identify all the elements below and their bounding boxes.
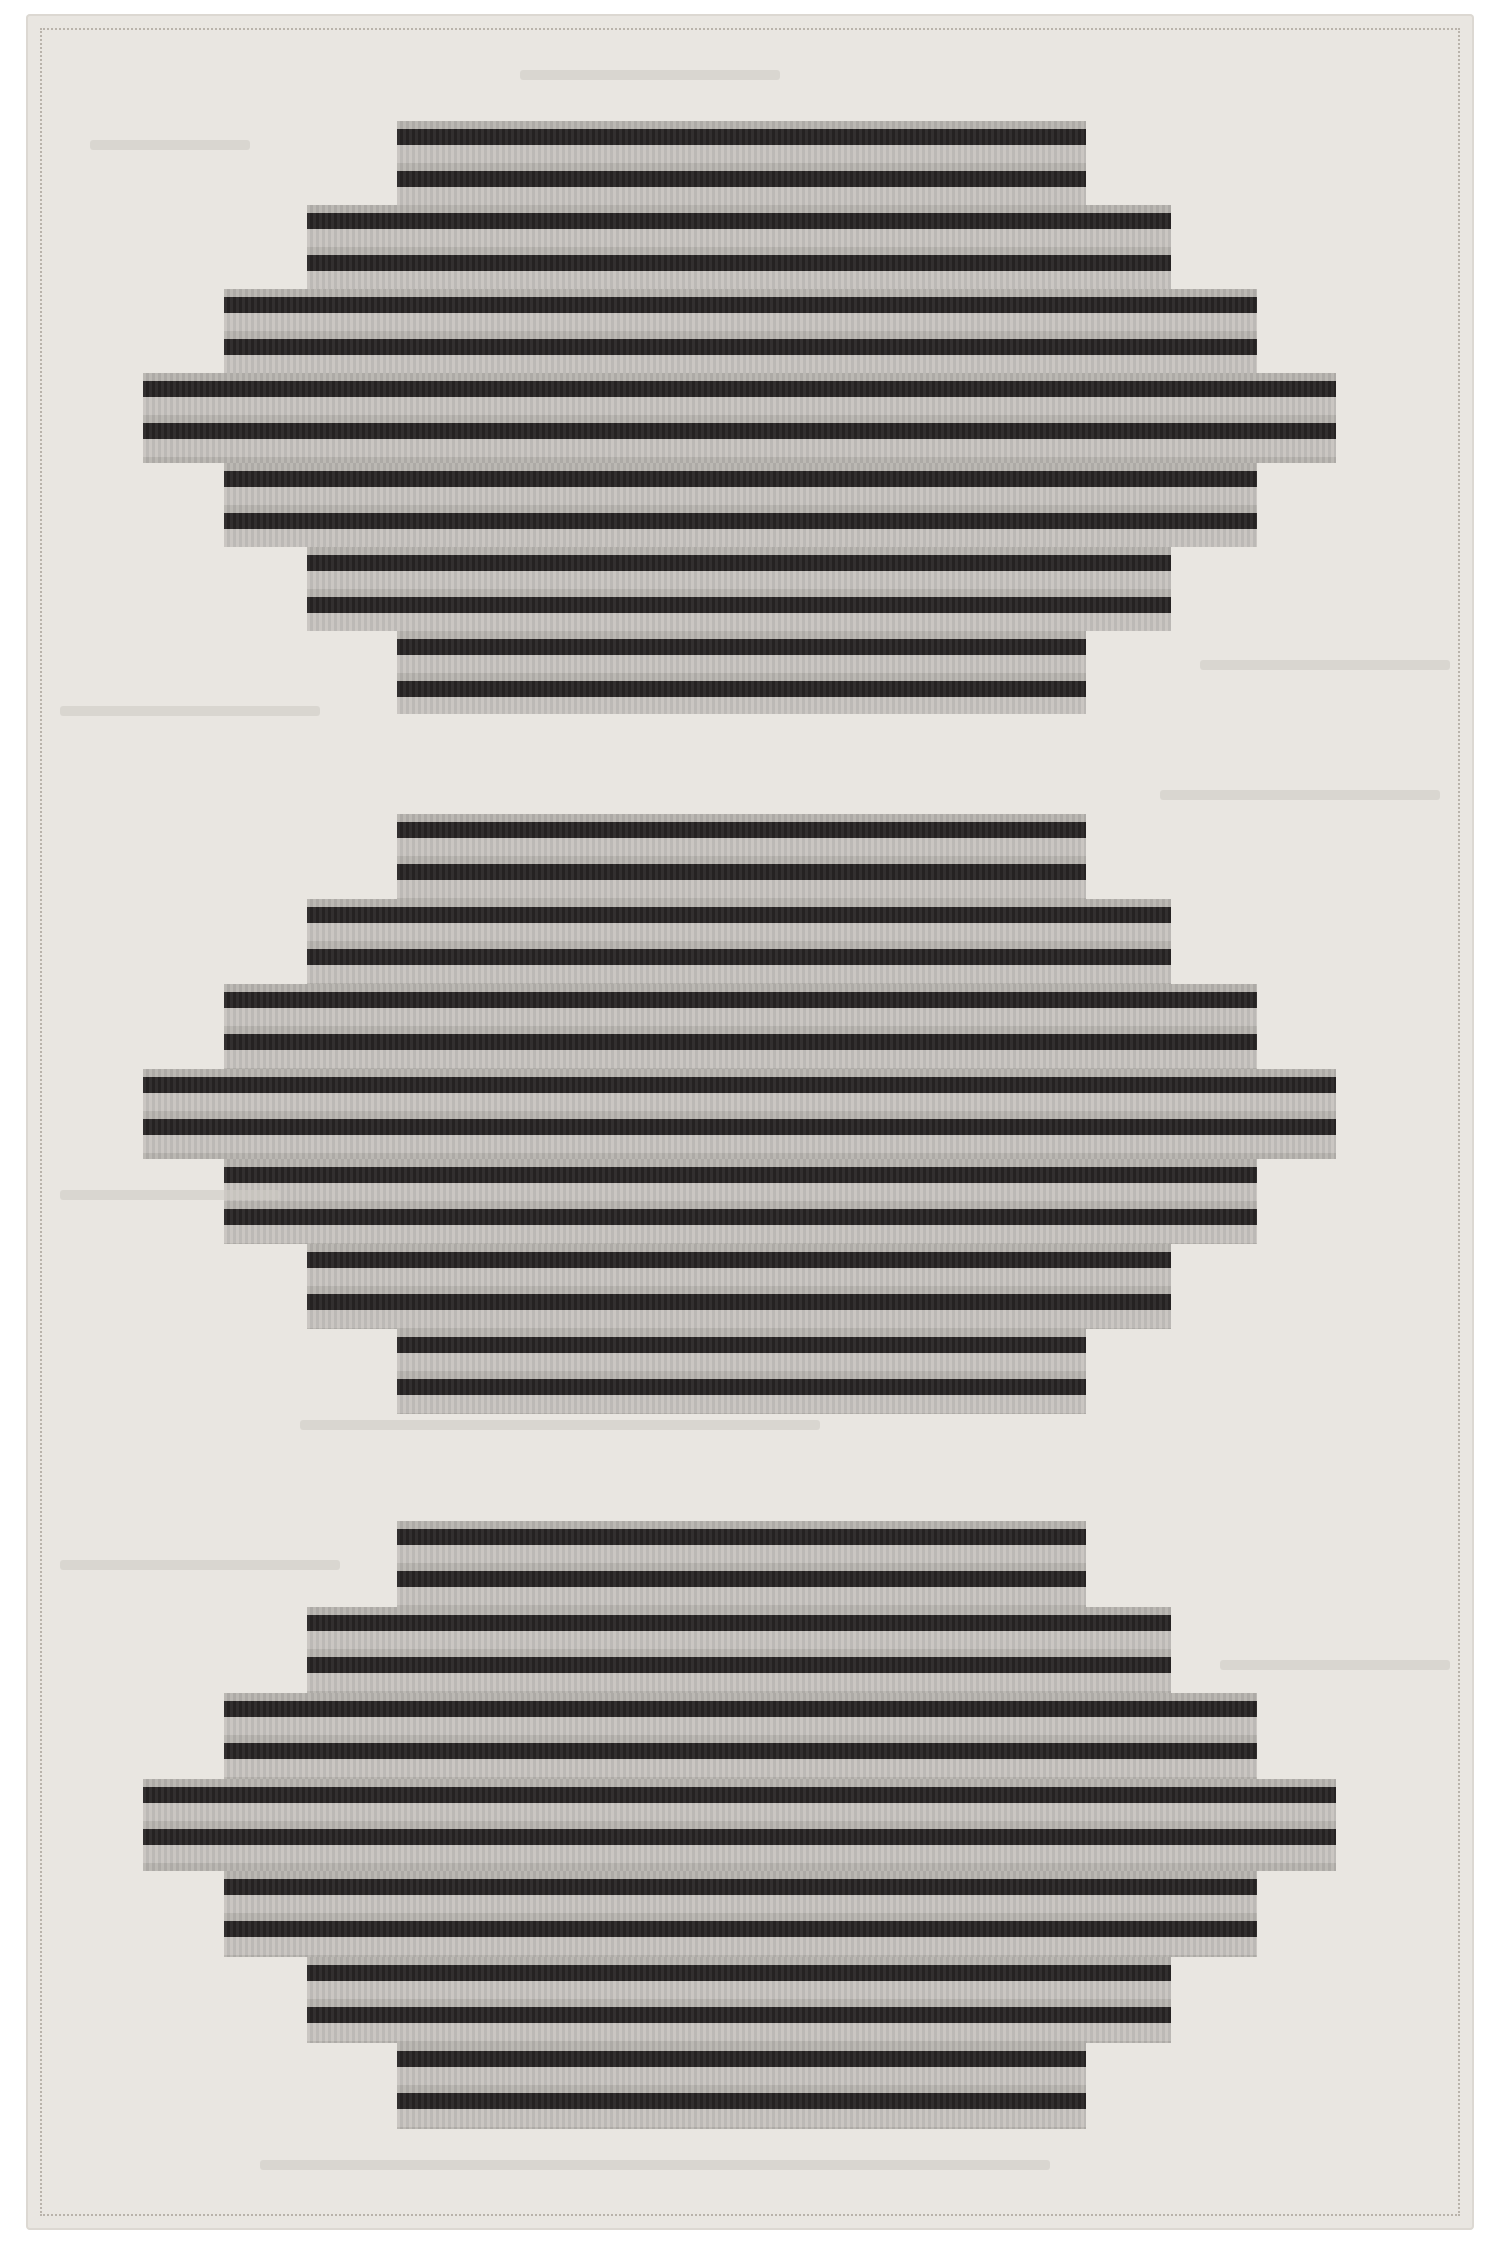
- tier: [143, 373, 1336, 463]
- tier: [143, 1069, 1336, 1159]
- tier: [307, 1244, 1171, 1329]
- distress-mark: [1160, 790, 1440, 800]
- distress-mark: [1200, 660, 1450, 670]
- tier: [397, 121, 1086, 205]
- tier: [397, 1521, 1086, 1607]
- distress-mark: [300, 1420, 820, 1430]
- motif-2: [0, 814, 1500, 1414]
- tier: [397, 1329, 1086, 1414]
- distress-mark: [60, 1190, 280, 1200]
- motif-3: [0, 1521, 1500, 2129]
- tier: [307, 547, 1171, 631]
- tier: [397, 814, 1086, 899]
- tier: [307, 205, 1171, 289]
- distress-mark: [520, 70, 780, 80]
- tier: [307, 1957, 1171, 2043]
- tier: [224, 289, 1257, 373]
- tier: [143, 1779, 1336, 1871]
- tier: [307, 899, 1171, 984]
- tier: [224, 1159, 1257, 1244]
- tier: [224, 1693, 1257, 1779]
- distress-mark: [60, 1560, 340, 1570]
- tier: [224, 984, 1257, 1069]
- motif-1: [0, 121, 1500, 714]
- distress-mark: [1220, 1660, 1450, 1670]
- tier: [397, 631, 1086, 714]
- tier: [224, 463, 1257, 547]
- tier: [307, 1607, 1171, 1693]
- distress-mark: [60, 706, 320, 716]
- distress-mark: [260, 2160, 1050, 2170]
- tier: [224, 1871, 1257, 1957]
- tier: [397, 2043, 1086, 2129]
- distress-mark: [90, 140, 250, 150]
